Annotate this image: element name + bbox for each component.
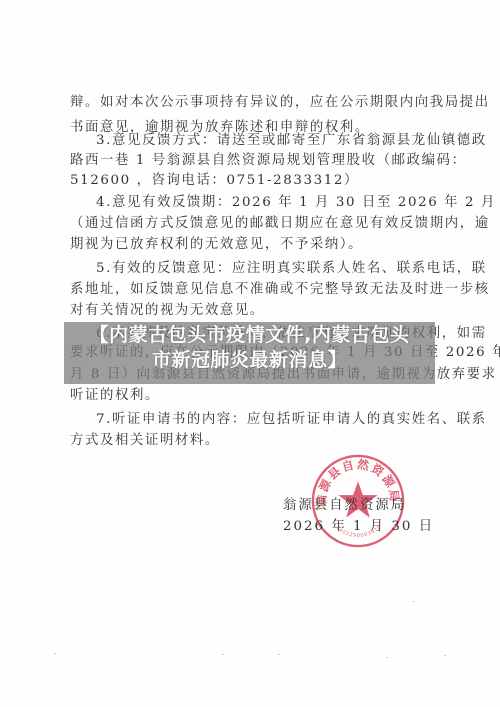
- document-line: 对有关情况的视为无效意见。: [70, 301, 436, 320]
- signature-date: 2026 年 1 月 30 日: [283, 515, 434, 534]
- scan-speck: [413, 601, 415, 602]
- scan-speck: [222, 654, 224, 655]
- overlay-title-line-2: 市新冠肺炎最新消息】: [64, 348, 435, 373]
- signature-organization: 翁源县自然资源局: [283, 494, 406, 513]
- scan-speck: [278, 654, 280, 655]
- document-line: 期视为已放弃权利的无效意见，不予采纳）。: [70, 235, 436, 254]
- scan-speck: [386, 657, 388, 658]
- document-line-item-7: 7.听证申请书的内容：应包括听证申请人的真实姓名、联系: [96, 410, 436, 429]
- document-line: （通过信函方式反馈意见的邮戳日期应在意见有效反馈期内，逾: [70, 214, 436, 233]
- document-line-item-3: 3.意见反馈方式：请送至或邮寄至广东省翁源县龙仙镇德政: [96, 131, 436, 150]
- document-line-phone: 512600 ，咨询电话：0751-2833312）: [70, 171, 436, 190]
- document-line: 听证的权利。: [70, 386, 436, 405]
- document-line: 路西一巷 1 号翁源县自然资源局规划管理股收（邮政编码：: [70, 151, 436, 170]
- document-line: 方式及相关证明材料。: [70, 431, 436, 450]
- overlay-title-line-1: 【内蒙古包头市疫情文件,内蒙古包头: [64, 323, 435, 348]
- document-line: 系地址，如反馈意见信息不准确或不完整导致无法及时进一步核: [70, 280, 436, 299]
- document-line-item-4: 4.意见有效反馈期：2026 年 1 月 30 日至 2026 年 2 月 8 …: [96, 193, 436, 212]
- overlay-title: 【内蒙古包头市疫情文件,内蒙古包头 市新冠肺炎最新消息】: [64, 323, 435, 373]
- scan-speck: [444, 655, 446, 656]
- document-line-item-5: 5.有效的反馈意见：应注明真实联系人姓名、联系电话，联: [96, 259, 436, 278]
- document-line: 辩。如对本次公示事项持有异议的，应在公示期限内向我局提出: [70, 93, 436, 112]
- scan-speck: [54, 653, 56, 654]
